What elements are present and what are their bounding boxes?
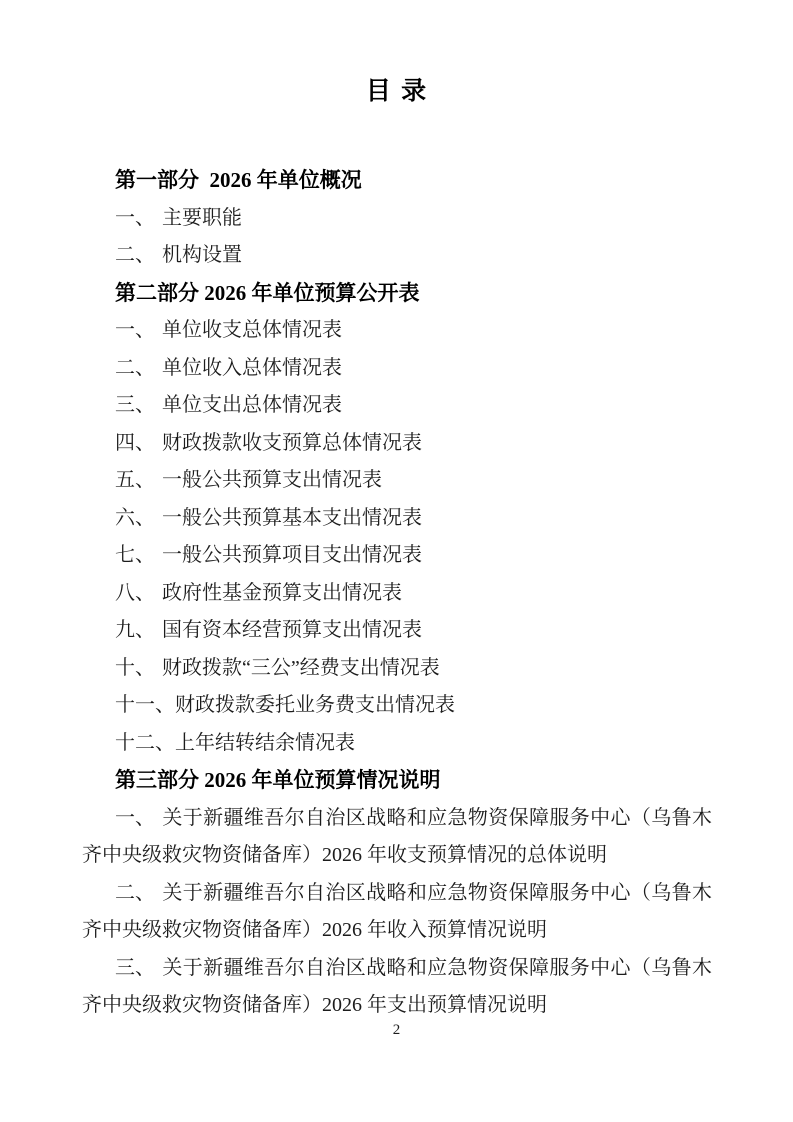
toc-item-number: 三、 — [115, 950, 162, 988]
toc-item-number: 十、 — [115, 650, 162, 688]
section-heading: 第二部分 2026 年单位预算公开表 — [82, 275, 712, 313]
section-heading: 第一部分 2026 年单位概况 — [82, 162, 712, 200]
toc-item: 二、机构设置 — [82, 237, 712, 275]
toc-item: 十二、上年结转结余情况表 — [82, 725, 712, 763]
toc-item-text: 财政拨款“三公”经费支出情况表 — [162, 657, 440, 679]
toc-item-text: 上年结转结余情况表 — [175, 732, 355, 754]
toc-item: 三、关于新疆维吾尔自治区战略和应急物资保障服务中心（乌鲁木齐中央级救灾物资储备库… — [82, 950, 712, 1025]
toc-item: 三、单位支出总体情况表 — [82, 387, 712, 425]
toc-item-text: 国有资本经营预算支出情况表 — [162, 619, 422, 641]
toc-item-text: 财政拨款委托业务费支出情况表 — [175, 694, 455, 716]
toc-item-number: 十一、 — [115, 687, 175, 725]
toc-item-text: 单位收入总体情况表 — [162, 357, 342, 379]
toc-item: 八、政府性基金预算支出情况表 — [82, 575, 712, 613]
toc-item-number: 一、 — [115, 312, 162, 350]
toc-item-number: 二、 — [115, 350, 162, 388]
toc-item-number: 三、 — [115, 387, 162, 425]
toc-item-text: 关于新疆维吾尔自治区战略和应急物资保障服务中心（乌鲁木齐中央级救灾物资储备库）2… — [82, 957, 712, 1017]
toc-item: 六、一般公共预算基本支出情况表 — [82, 500, 712, 538]
toc-item-number: 八、 — [115, 575, 162, 613]
page-title: 目 录 — [82, 76, 712, 108]
toc-item-number: 一、 — [115, 800, 162, 838]
toc-item-text: 关于新疆维吾尔自治区战略和应急物资保障服务中心（乌鲁木齐中央级救灾物资储备库）2… — [82, 807, 712, 867]
toc-item-number: 二、 — [115, 875, 162, 913]
toc-item-text: 单位支出总体情况表 — [162, 394, 342, 416]
toc-item-number: 九、 — [115, 612, 162, 650]
toc-item-text: 主要职能 — [162, 207, 242, 229]
toc-item: 四、财政拨款收支预算总体情况表 — [82, 425, 712, 463]
toc-item-text: 一般公共预算项目支出情况表 — [162, 544, 422, 566]
toc-item-text: 财政拨款收支预算总体情况表 — [162, 432, 422, 454]
toc-item-text: 单位收支总体情况表 — [162, 319, 342, 341]
toc-item-number: 十二、 — [115, 725, 175, 763]
table-of-contents: 第一部分 2026 年单位概况一、主要职能二、机构设置第二部分 2026 年单位… — [82, 162, 712, 1025]
toc-item: 五、一般公共预算支出情况表 — [82, 462, 712, 500]
page-number: 2 — [0, 1022, 793, 1039]
toc-item: 一、单位收支总体情况表 — [82, 312, 712, 350]
toc-item-text: 政府性基金预算支出情况表 — [162, 582, 402, 604]
section-heading: 第三部分 2026 年单位预算情况说明 — [82, 762, 712, 800]
toc-item-number: 六、 — [115, 500, 162, 538]
toc-item: 一、主要职能 — [82, 200, 712, 238]
toc-item: 一、关于新疆维吾尔自治区战略和应急物资保障服务中心（乌鲁木齐中央级救灾物资储备库… — [82, 800, 712, 875]
toc-item-number: 四、 — [115, 425, 162, 463]
toc-item-text: 一般公共预算支出情况表 — [162, 469, 382, 491]
toc-item-text: 关于新疆维吾尔自治区战略和应急物资保障服务中心（乌鲁木齐中央级救灾物资储备库）2… — [82, 882, 712, 942]
toc-item: 九、国有资本经营预算支出情况表 — [82, 612, 712, 650]
toc-item: 十一、财政拨款委托业务费支出情况表 — [82, 687, 712, 725]
toc-item-number: 五、 — [115, 462, 162, 500]
toc-item-text: 机构设置 — [162, 244, 242, 266]
toc-item: 二、单位收入总体情况表 — [82, 350, 712, 388]
document-page: 目 录 第一部分 2026 年单位概况一、主要职能二、机构设置第二部分 2026… — [0, 0, 793, 1122]
toc-item-text: 一般公共预算基本支出情况表 — [162, 507, 422, 529]
toc-item-number: 一、 — [115, 200, 162, 238]
toc-item: 二、关于新疆维吾尔自治区战略和应急物资保障服务中心（乌鲁木齐中央级救灾物资储备库… — [82, 875, 712, 950]
toc-item-number: 七、 — [115, 537, 162, 575]
toc-item-number: 二、 — [115, 237, 162, 275]
toc-item: 七、一般公共预算项目支出情况表 — [82, 537, 712, 575]
toc-item: 十、财政拨款“三公”经费支出情况表 — [82, 650, 712, 688]
